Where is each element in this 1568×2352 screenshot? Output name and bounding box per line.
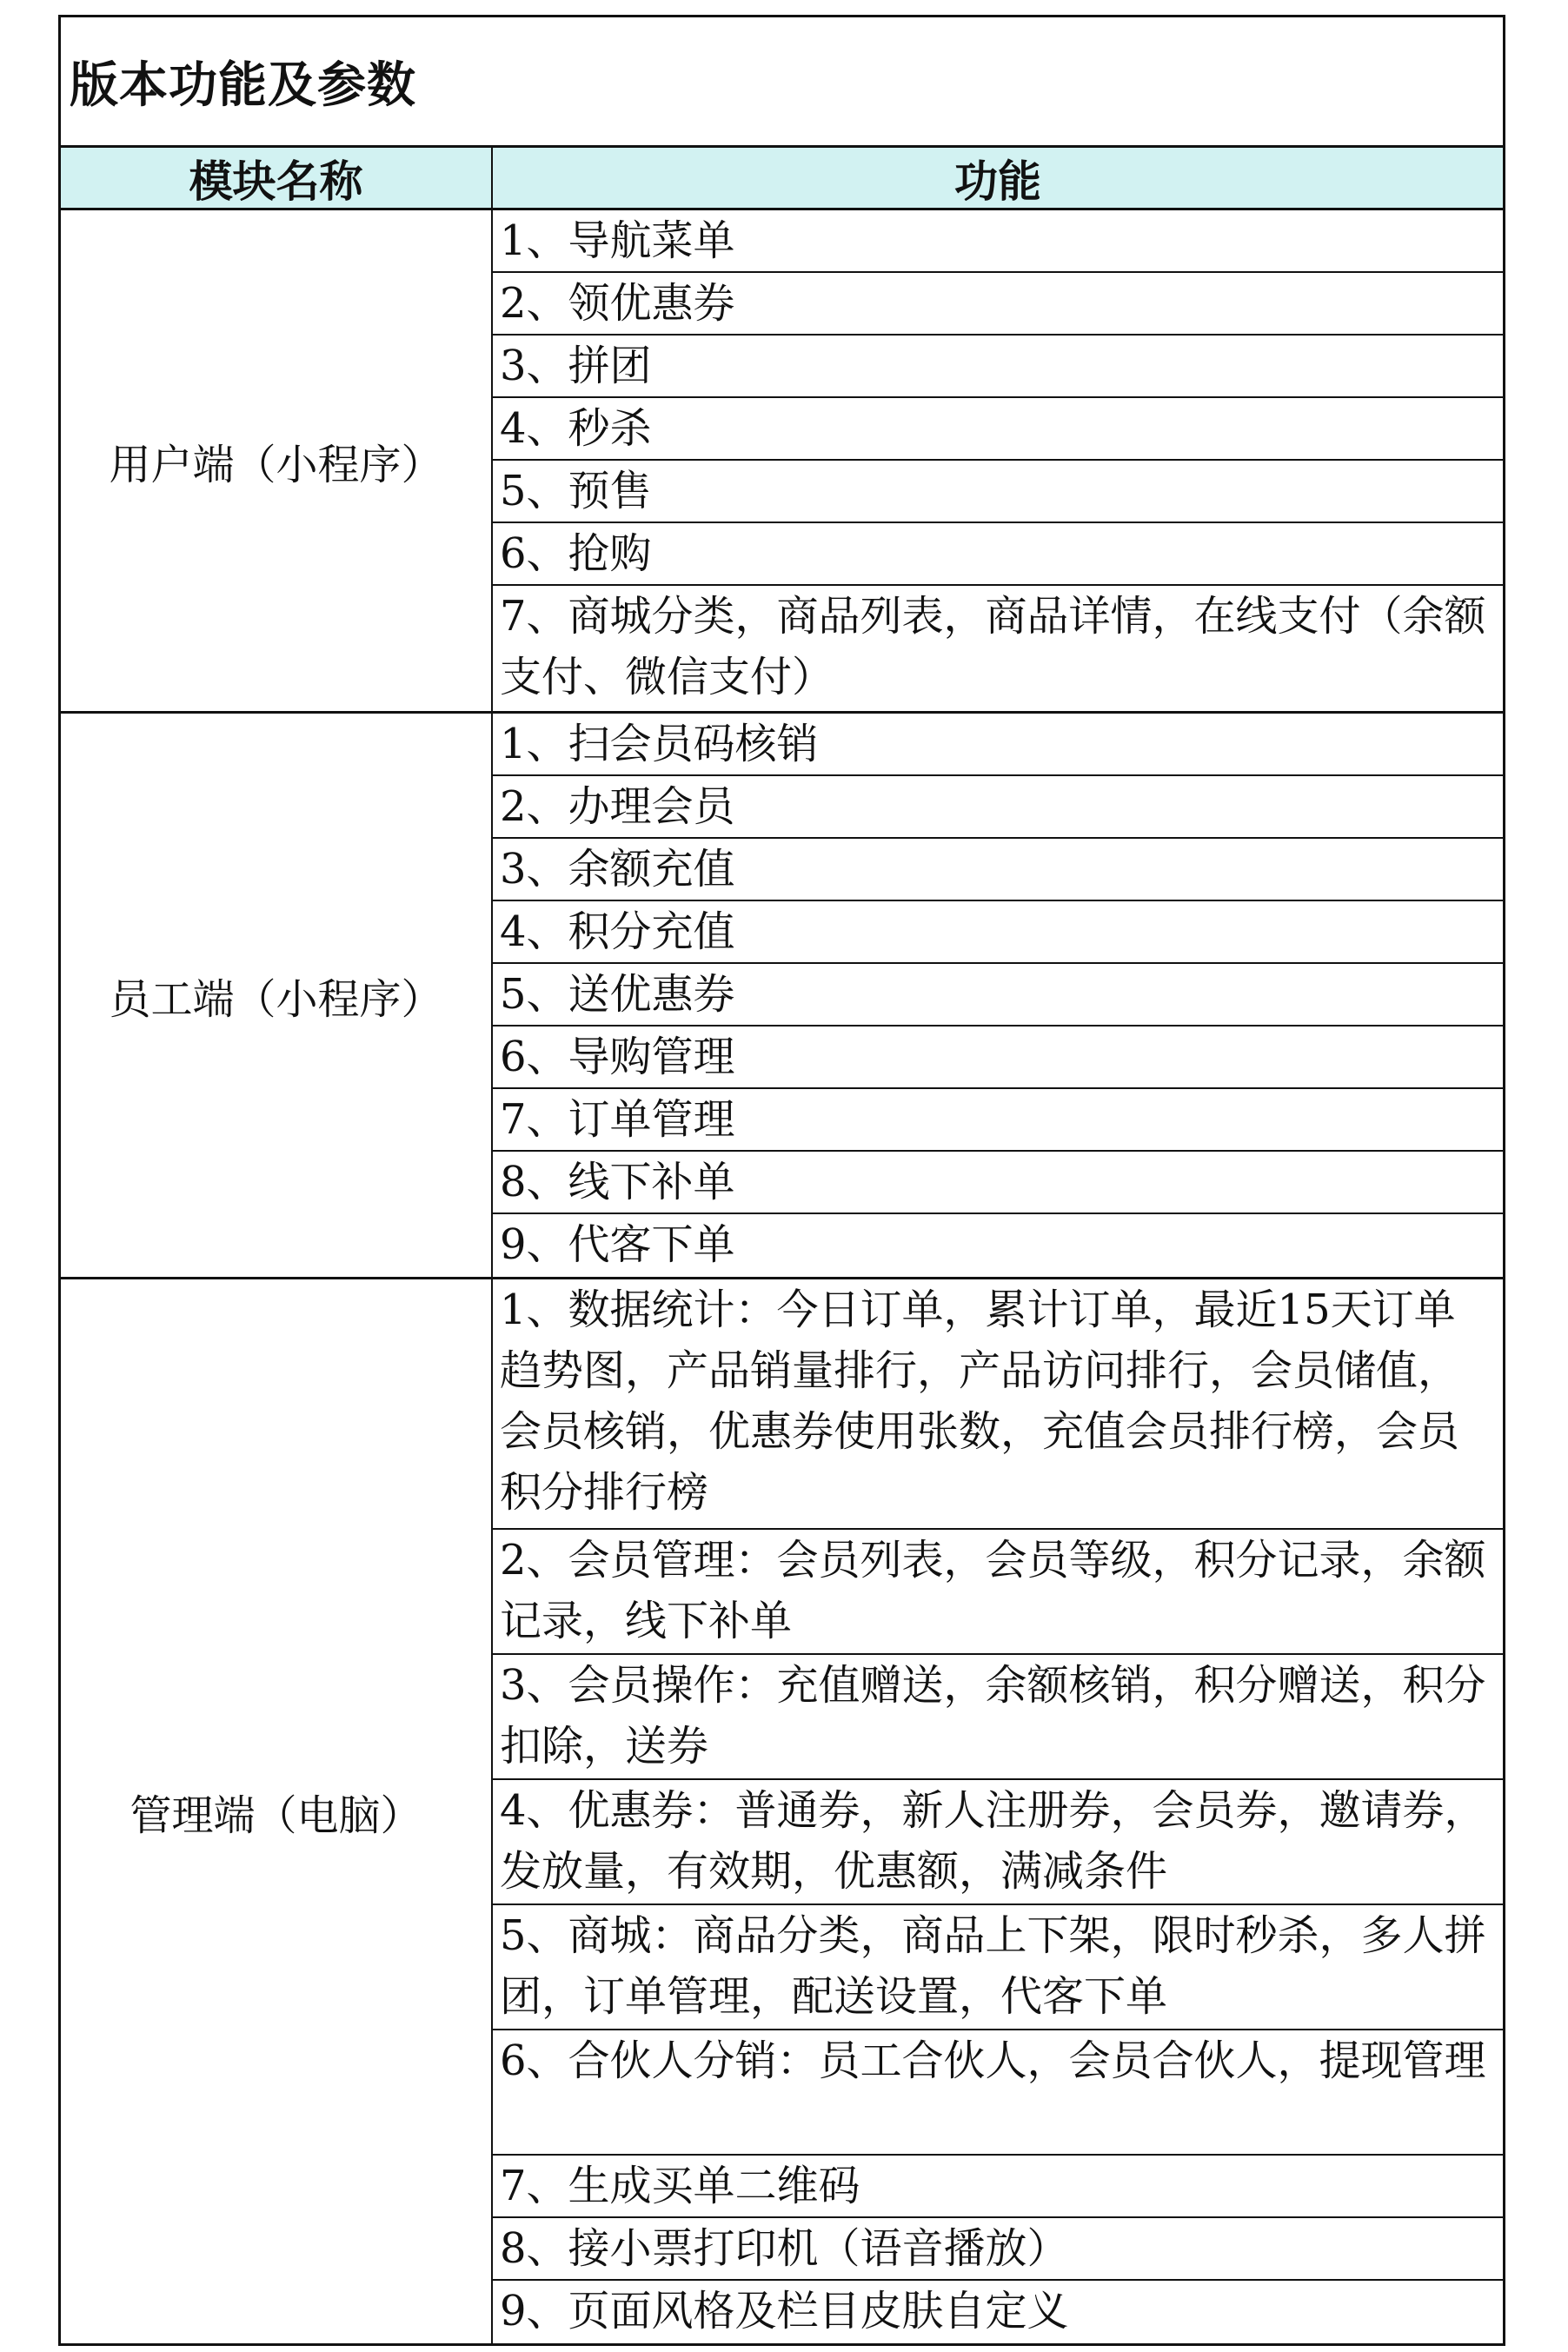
feature-item: 6、导购管理 bbox=[493, 1027, 1503, 1089]
feature-item: 5、商城：商品分类，商品上下架，限时秒杀，多人拼团，订单管理，配送设置，代客下单 bbox=[493, 1905, 1503, 2030]
feature-item: 6、抢购 bbox=[493, 523, 1503, 586]
header-module: 模块名称 bbox=[61, 148, 493, 208]
module-name: 管理端（电脑） bbox=[61, 1279, 493, 2343]
feature-item: 1、导航菜单 bbox=[493, 210, 1503, 273]
feature-item: 3、拼团 bbox=[493, 336, 1503, 398]
feature-item: 6、合伙人分销：员工合伙人，会员合伙人，提现管理 bbox=[493, 2030, 1503, 2156]
module-name: 用户端（小程序） bbox=[61, 210, 493, 711]
feature-item: 9、代客下单 bbox=[493, 1214, 1503, 1277]
group-staff: 员工端（小程序） 1、扫会员码核销 2、办理会员 3、余额充值 4、积分充值 5… bbox=[61, 714, 1503, 1279]
feature-item: 7、商城分类，商品列表，商品详情，在线支付（余额支付、微信支付） bbox=[493, 586, 1503, 711]
module-name: 员工端（小程序） bbox=[61, 714, 493, 1277]
feature-item: 4、积分充值 bbox=[493, 901, 1503, 964]
feature-list: 1、导航菜单 2、领优惠券 3、拼团 4、秒杀 5、预售 6、抢购 7、商城分类… bbox=[493, 210, 1503, 711]
group-admin: 管理端（电脑） 1、数据统计：今日订单，累计订单，最近15天订单趋势图，产品销量… bbox=[61, 1279, 1503, 2343]
feature-item: 5、预售 bbox=[493, 461, 1503, 523]
feature-item: 1、扫会员码核销 bbox=[493, 714, 1503, 776]
feature-item: 4、优惠券：普通券，新人注册券，会员券，邀请券，发放量，有效期，优惠额，满减条件 bbox=[493, 1780, 1503, 1905]
feature-item: 5、送优惠券 bbox=[493, 964, 1503, 1027]
feature-list: 1、数据统计：今日订单，累计订单，最近15天订单趋势图，产品销量排行，产品访问排… bbox=[493, 1279, 1503, 2343]
feature-item: 9、页面风格及栏目皮肤自定义 bbox=[493, 2281, 1503, 2343]
feature-item: 2、领优惠券 bbox=[493, 273, 1503, 336]
feature-item: 3、余额充值 bbox=[493, 839, 1503, 901]
feature-item: 7、生成买单二维码 bbox=[493, 2156, 1503, 2218]
feature-item: 4、秒杀 bbox=[493, 398, 1503, 461]
feature-item: 7、订单管理 bbox=[493, 1089, 1503, 1152]
feature-item: 8、接小票打印机（语音播放） bbox=[493, 2218, 1503, 2281]
feature-list: 1、扫会员码核销 2、办理会员 3、余额充值 4、积分充值 5、送优惠券 6、导… bbox=[493, 714, 1503, 1277]
feature-item: 8、线下补单 bbox=[493, 1152, 1503, 1214]
header-row: 模块名称 功能 bbox=[61, 148, 1503, 210]
page-title: 版本功能及参数 bbox=[70, 47, 416, 116]
feature-item: 3、会员操作：充值赠送，余额核销，积分赠送，积分扣除，送券 bbox=[493, 1655, 1503, 1780]
feature-item: 2、会员管理：会员列表，会员等级，积分记录，余额记录，线下补单 bbox=[493, 1530, 1503, 1655]
group-user: 用户端（小程序） 1、导航菜单 2、领优惠券 3、拼团 4、秒杀 5、预售 6、… bbox=[61, 210, 1503, 714]
feature-table: 版本功能及参数 模块名称 功能 用户端（小程序） 1、导航菜单 2、领优惠券 3… bbox=[58, 15, 1505, 2346]
header-features: 功能 bbox=[493, 148, 1503, 208]
feature-item: 1、数据统计：今日订单，累计订单，最近15天订单趋势图，产品销量排行，产品访问排… bbox=[493, 1279, 1503, 1530]
title-row: 版本功能及参数 bbox=[61, 17, 1503, 148]
feature-item: 2、办理会员 bbox=[493, 776, 1503, 839]
